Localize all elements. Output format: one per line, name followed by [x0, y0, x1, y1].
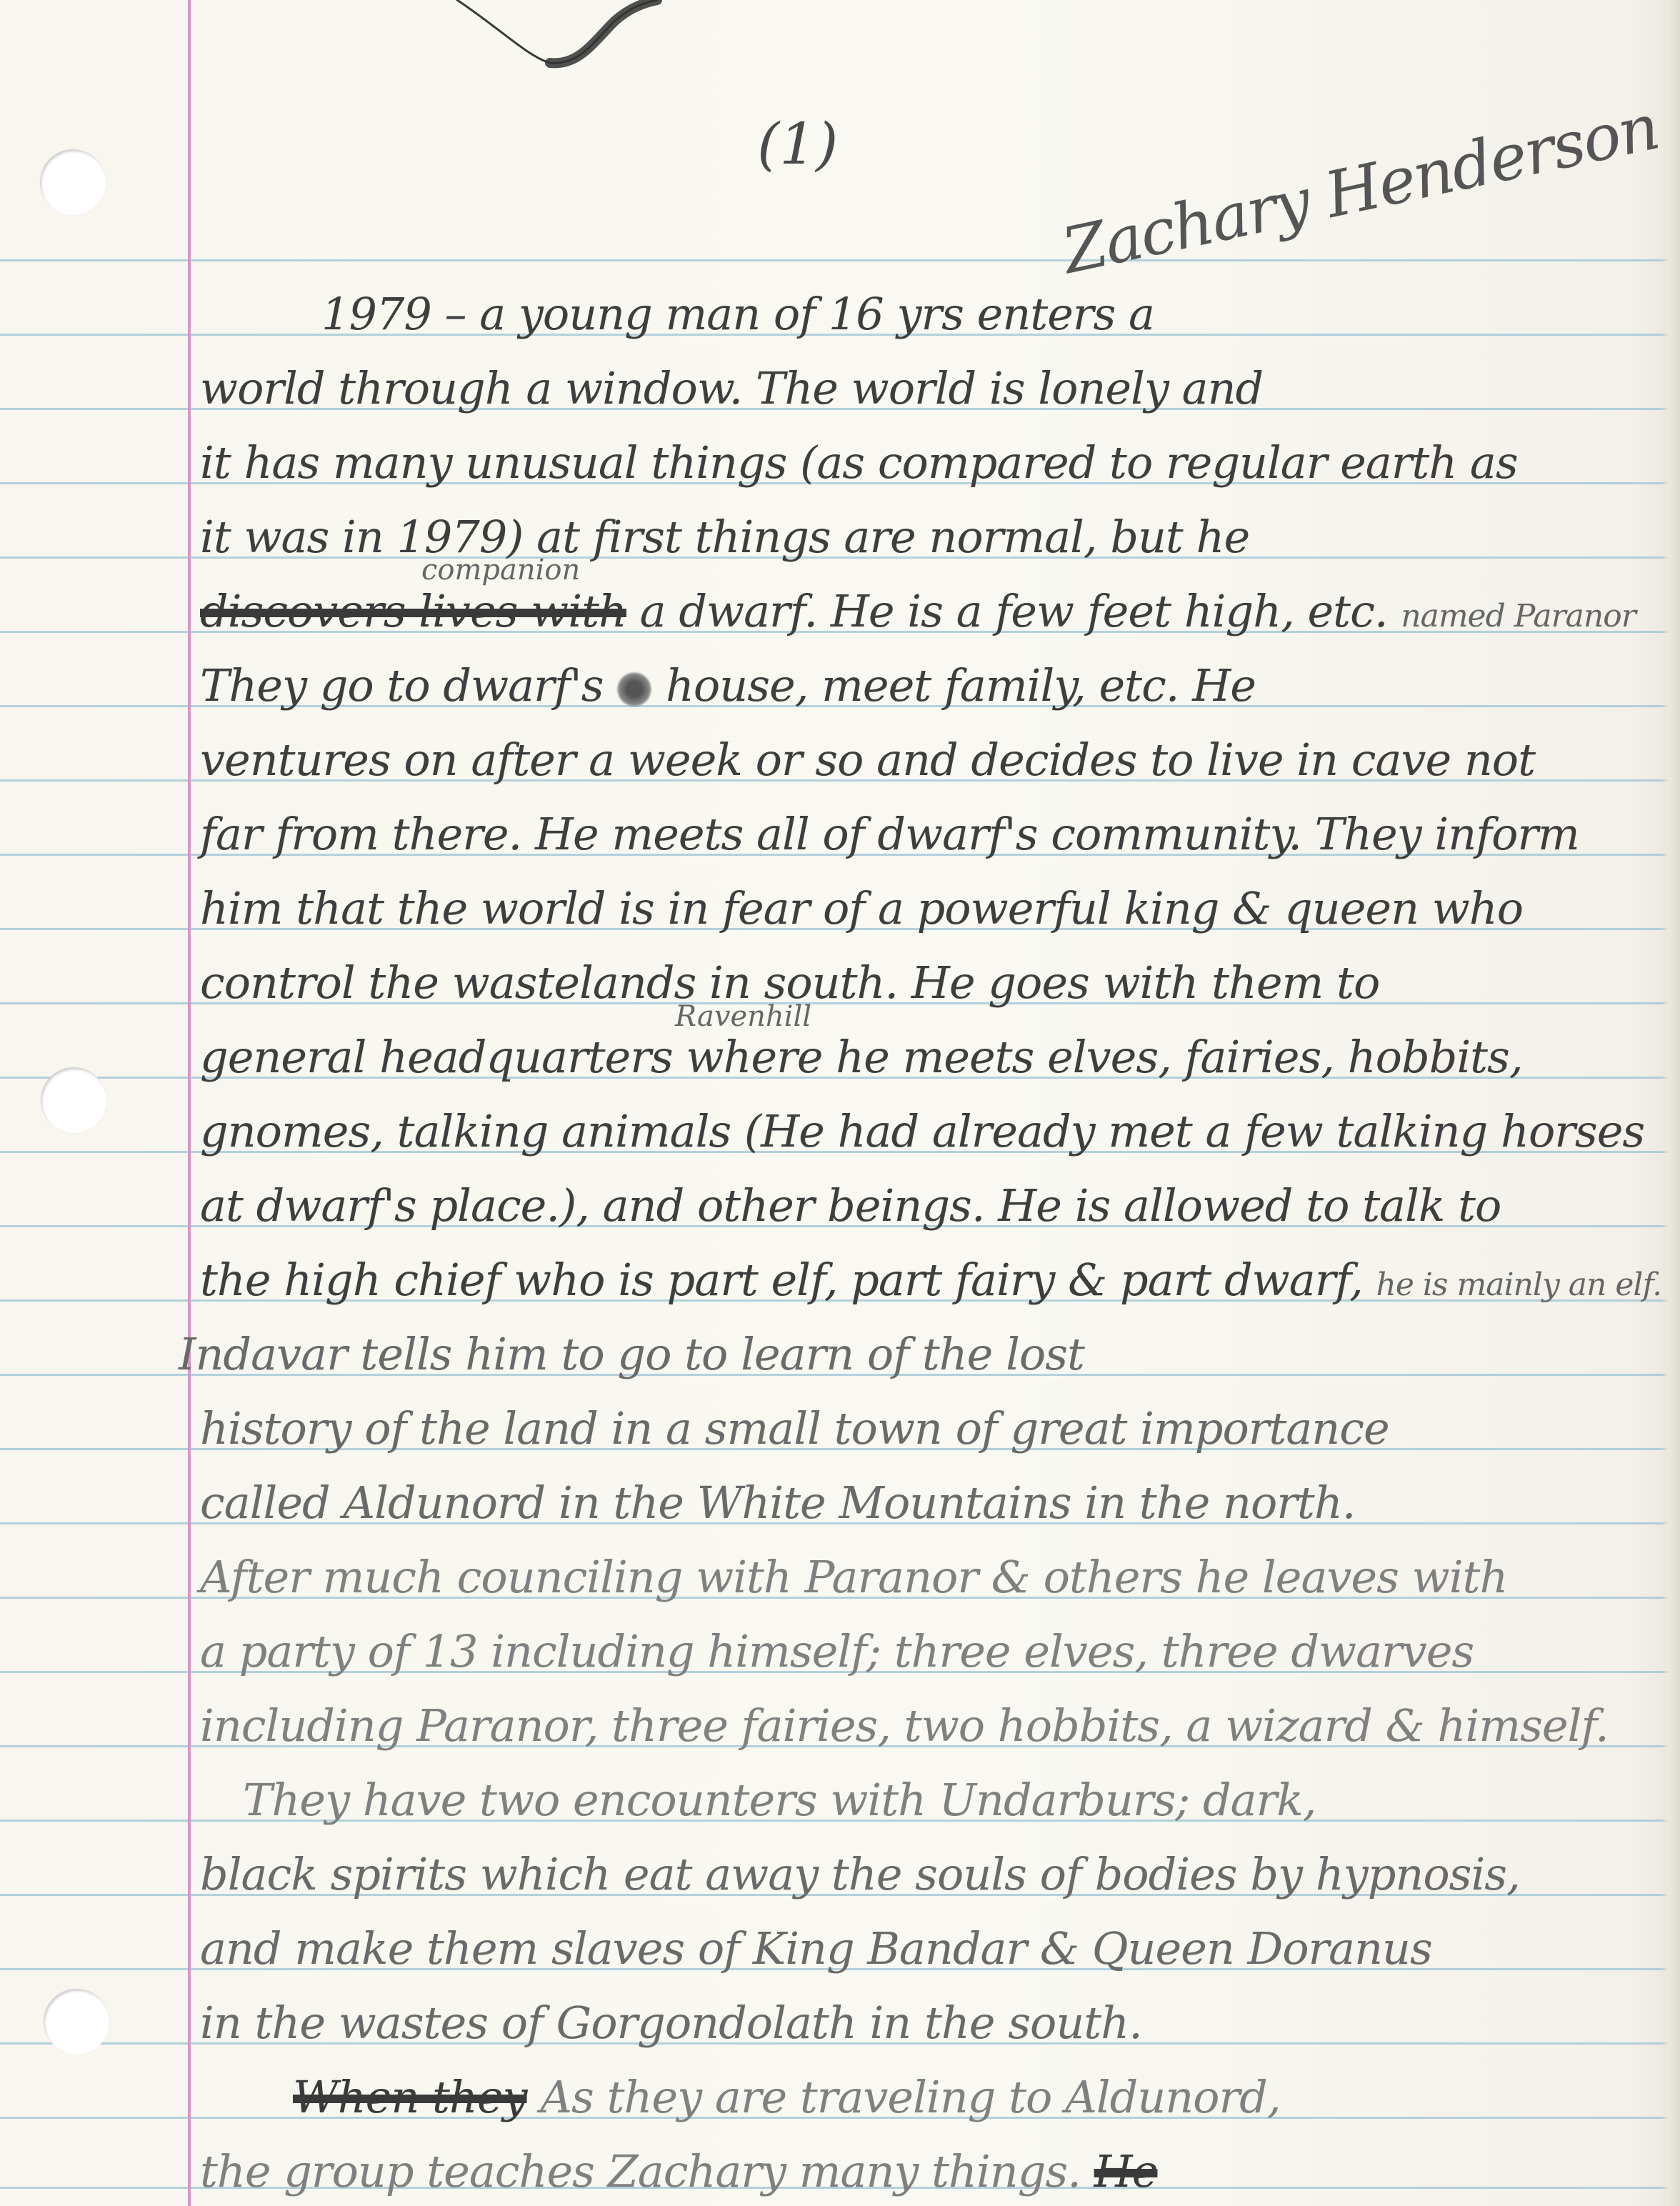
line-text: a party of 13 including himself; three e…	[200, 1625, 1474, 1677]
text-line: After much counciling with Paranor & oth…	[200, 1552, 1507, 1602]
text-line: far from there. He meets all of dwarf's …	[200, 809, 1579, 859]
text-line: in the wastes of Gorgondolath in the sou…	[200, 1998, 1142, 2048]
line-text: the group teaches Zachary many things.	[200, 2145, 1081, 2197]
line-text: They have two encounters with Undarburs;…	[243, 1774, 1316, 1826]
page-number: (1)	[757, 111, 838, 177]
text-line: and make them slaves of King Bandar & Qu…	[200, 1924, 1432, 1974]
line-text: it was in 1979) at first things are norm…	[200, 511, 1249, 563]
line-text: far from there. He meets all of dwarf's …	[200, 808, 1579, 860]
scribble-mark	[616, 672, 652, 707]
struck-text: discovers lives with	[200, 585, 626, 637]
pencil-stroke	[0, 0, 1680, 143]
line-text: at dwarf's place.), and other beings. He…	[200, 1179, 1501, 1232]
binder-hole	[41, 1067, 106, 1133]
text-line: black spirits which eat away the souls o…	[200, 1850, 1520, 1900]
text-line: the group teaches Zachary many things. H…	[200, 2147, 1157, 2197]
binder-hole	[44, 1989, 109, 2055]
text-line: world through a window. The world is lon…	[200, 364, 1263, 414]
line-text: They go to dwarf's	[200, 659, 604, 712]
margin-line	[188, 0, 191, 2206]
line-text: world through a window. The world is lon…	[200, 362, 1263, 414]
struck-text: He	[1094, 2145, 1158, 2197]
text-line: 1979 – a young man of 16 yrs enters a	[200, 289, 1154, 339]
text-line: When they As they are traveling to Aldun…	[200, 2072, 1281, 2122]
line-text: 1979 – a young man of 16 yrs enters a	[321, 288, 1154, 340]
line-text: history of the land in a small town of g…	[200, 1402, 1389, 1454]
ruled-line	[0, 259, 1680, 261]
line-text: him that the world is in fear of a power…	[200, 882, 1523, 934]
line-text: gnomes, talking animals (He had already …	[200, 1105, 1644, 1157]
text-line: at dwarf's place.), and other beings. He…	[200, 1181, 1501, 1231]
text-line: ventures on after a week or so and decid…	[200, 735, 1535, 785]
binder-hole	[40, 149, 106, 215]
line-text: As they are traveling to Aldunord,	[540, 2071, 1280, 2123]
text-line: gnomes, talking animals (He had already …	[200, 1107, 1644, 1157]
line-text: ventures on after a week or so and decid…	[200, 734, 1535, 786]
line-text: house, meet family, etc. He	[666, 659, 1256, 712]
torn-edge	[1661, 0, 1680, 2206]
line-text: in the wastes of Gorgondolath in the sou…	[200, 1997, 1142, 2049]
line-text: and make them slaves of King Bandar & Qu…	[200, 1922, 1432, 1975]
line-text: the high chief who is part elf, part fai…	[200, 1254, 1363, 1306]
line-text: Indavar tells him to go to learn of the …	[179, 1328, 1084, 1380]
notebook-paper: (1) Zachary Henderson 1979 – a young man…	[0, 0, 1680, 2206]
line-text: called Aldunord in the White Mountains i…	[200, 1477, 1355, 1529]
text-line: history of the land in a small town of g…	[200, 1404, 1389, 1454]
text-line: general headquarters where he meets elve…	[200, 1032, 1523, 1082]
text-line: including Paranor, three fairies, two ho…	[200, 1701, 1609, 1751]
text-line: Indavar tells him to go to learn of the …	[179, 1329, 1084, 1379]
struck-text: When they	[293, 2071, 527, 2123]
text-line: They have two encounters with Undarburs;…	[200, 1775, 1316, 1825]
inserted-word: companion	[421, 554, 580, 587]
margin-note: he is mainly an elf.	[1376, 1267, 1662, 1303]
text-line: it was in 1979) at first things are norm…	[200, 512, 1249, 562]
line-text: a dwarf. He is a few feet high, etc.	[640, 585, 1388, 637]
text-line: discovers lives with a dwarf. He is a fe…	[200, 587, 1636, 642]
text-line: They go to dwarf's house, meet family, e…	[200, 661, 1256, 711]
inserted-word: Ravenhill	[675, 1000, 811, 1033]
line-text: black spirits which eat away the souls o…	[200, 1848, 1520, 1900]
text-line: the high chief who is part elf, part fai…	[200, 1255, 1661, 1310]
line-text: it has many unusual things (as compared …	[200, 436, 1518, 489]
text-line: him that the world is in fear of a power…	[200, 884, 1523, 934]
line-text: general headquarters where he meets elve…	[200, 1031, 1523, 1083]
text-line: called Aldunord in the White Mountains i…	[200, 1478, 1355, 1528]
line-text: including Paranor, three fairies, two ho…	[200, 1700, 1609, 1752]
margin-note: named Paranor	[1401, 598, 1635, 634]
text-line: it has many unusual things (as compared …	[200, 438, 1518, 488]
text-line: a party of 13 including himself; three e…	[200, 1627, 1474, 1677]
line-text: After much counciling with Paranor & oth…	[200, 1551, 1507, 1603]
